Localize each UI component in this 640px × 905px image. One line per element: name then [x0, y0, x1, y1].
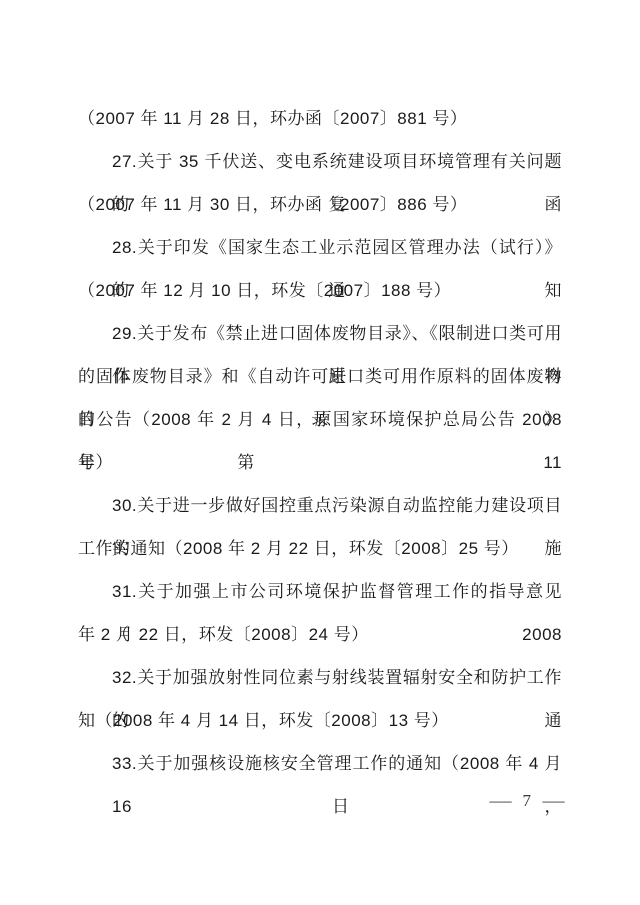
- doc-line: 工作的通知（2008 年 2 月 22 日，环发〔2008〕25 号）: [78, 527, 562, 570]
- doc-line: 28.关于印发《国家生态工业示范园区管理办法（试行）》的通知: [78, 226, 562, 269]
- doc-line: 的固体废物目录》和《自动许可进口类可用作原料的固体废物目录》: [78, 355, 562, 398]
- doc-line: 27.关于 35 千伏送、变电系统建设项目环境管理有关问题的复函: [78, 140, 562, 183]
- footer-right-dash: —: [542, 791, 564, 811]
- document-page: （2007 年 11 月 28 日，环办函〔2007〕881 号） 27.关于 …: [0, 0, 640, 905]
- doc-line: （2007 年 11 月 28 日，环办函〔2007〕881 号）: [78, 97, 562, 140]
- page-footer: — 7 —: [492, 791, 563, 811]
- page-number: 7: [523, 791, 532, 811]
- doc-line: 33.关于加强核设施核安全管理工作的通知（2008 年 4 月 16 日，: [78, 742, 562, 785]
- doc-line: 32.关于加强放射性同位素与射线装置辐射安全和防护工作的通: [78, 656, 562, 699]
- footer-left-dash: —: [489, 791, 511, 811]
- doc-line: 31.关于加强上市公司环境保护监督管理工作的指导意见（2008: [78, 570, 562, 613]
- document-body: （2007 年 11 月 28 日，环办函〔2007〕881 号） 27.关于 …: [78, 97, 562, 785]
- doc-line: 的公告（2008 年 2 月 4 日，原国家环境保护总局公告 2008 年第 1…: [78, 398, 562, 441]
- doc-line: 29.关于发布《禁止进口固体废物目录》、《限制进口类可用作原料: [78, 312, 562, 355]
- doc-line: 30.关于进一步做好国控重点污染源自动监控能力建设项目实施: [78, 484, 562, 527]
